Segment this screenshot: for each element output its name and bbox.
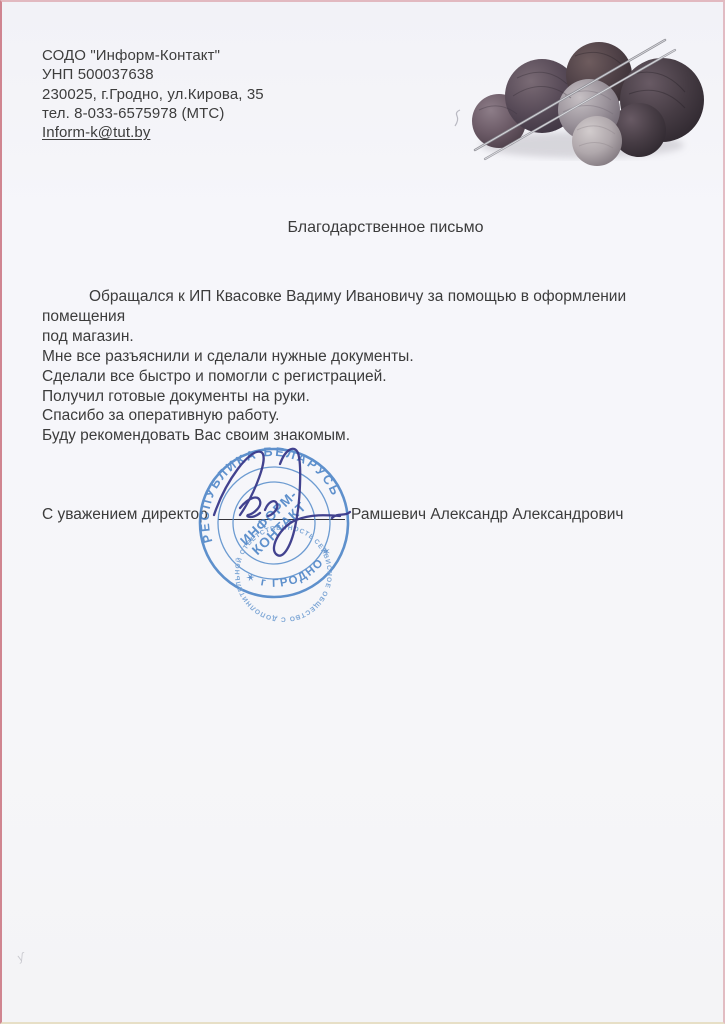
body-line: Спасибо за оперативную работу. (42, 406, 697, 426)
company-phone: тел. 8-033-6575978 (МТС) (42, 104, 264, 123)
stamp-center-line1: ИНФОРМ- (237, 487, 300, 549)
company-unp: УНП 500037638 (42, 65, 264, 84)
letter-title: Благодарственное письмо (2, 219, 725, 237)
signature-handwriting (214, 449, 350, 556)
body-line: под магазин. (42, 327, 697, 347)
scan-artifact (455, 110, 460, 126)
body-line: Мне все разъяснили и сделали нужные доку… (42, 347, 697, 367)
body-line: Буду рекомендовать Вас своим знакомым. (42, 426, 697, 446)
body-line: Обращался к ИП Квасовке Вадиму Ивановичу… (42, 287, 697, 327)
letter-body: Обращался к ИП Квасовке Вадиму Ивановичу… (42, 287, 697, 446)
signature-line (218, 519, 345, 520)
yarn-ball (572, 116, 622, 166)
signature-prefix: С уважением директор (42, 506, 208, 524)
letterhead: СОДО "Информ-Контакт" УНП 500037638 2300… (42, 46, 264, 142)
company-email: Inform-k@tut.by (42, 123, 264, 142)
scanned-letter-page: СОДО "Информ-Контакт" УНП 500037638 2300… (0, 0, 725, 1024)
yarn-balls-image (447, 18, 717, 168)
body-line: Получил готовые документы на руки. (42, 387, 697, 407)
stamp-outer-bottom-text: ✶ г ГРОДНО ✶ (240, 540, 343, 602)
scan-artifact: ƴ (17, 951, 25, 964)
body-line: Сделали все быстро и помогли с регистрац… (42, 367, 697, 387)
company-address: 230025, г.Гродно, ул.Кирова, 35 (42, 85, 264, 104)
stamp-center-line2: КОНТАКТ (249, 499, 309, 558)
company-name: СОДО "Информ-Контакт" (42, 46, 264, 65)
director-name: Рамшевич Александр Александрович (351, 506, 623, 524)
